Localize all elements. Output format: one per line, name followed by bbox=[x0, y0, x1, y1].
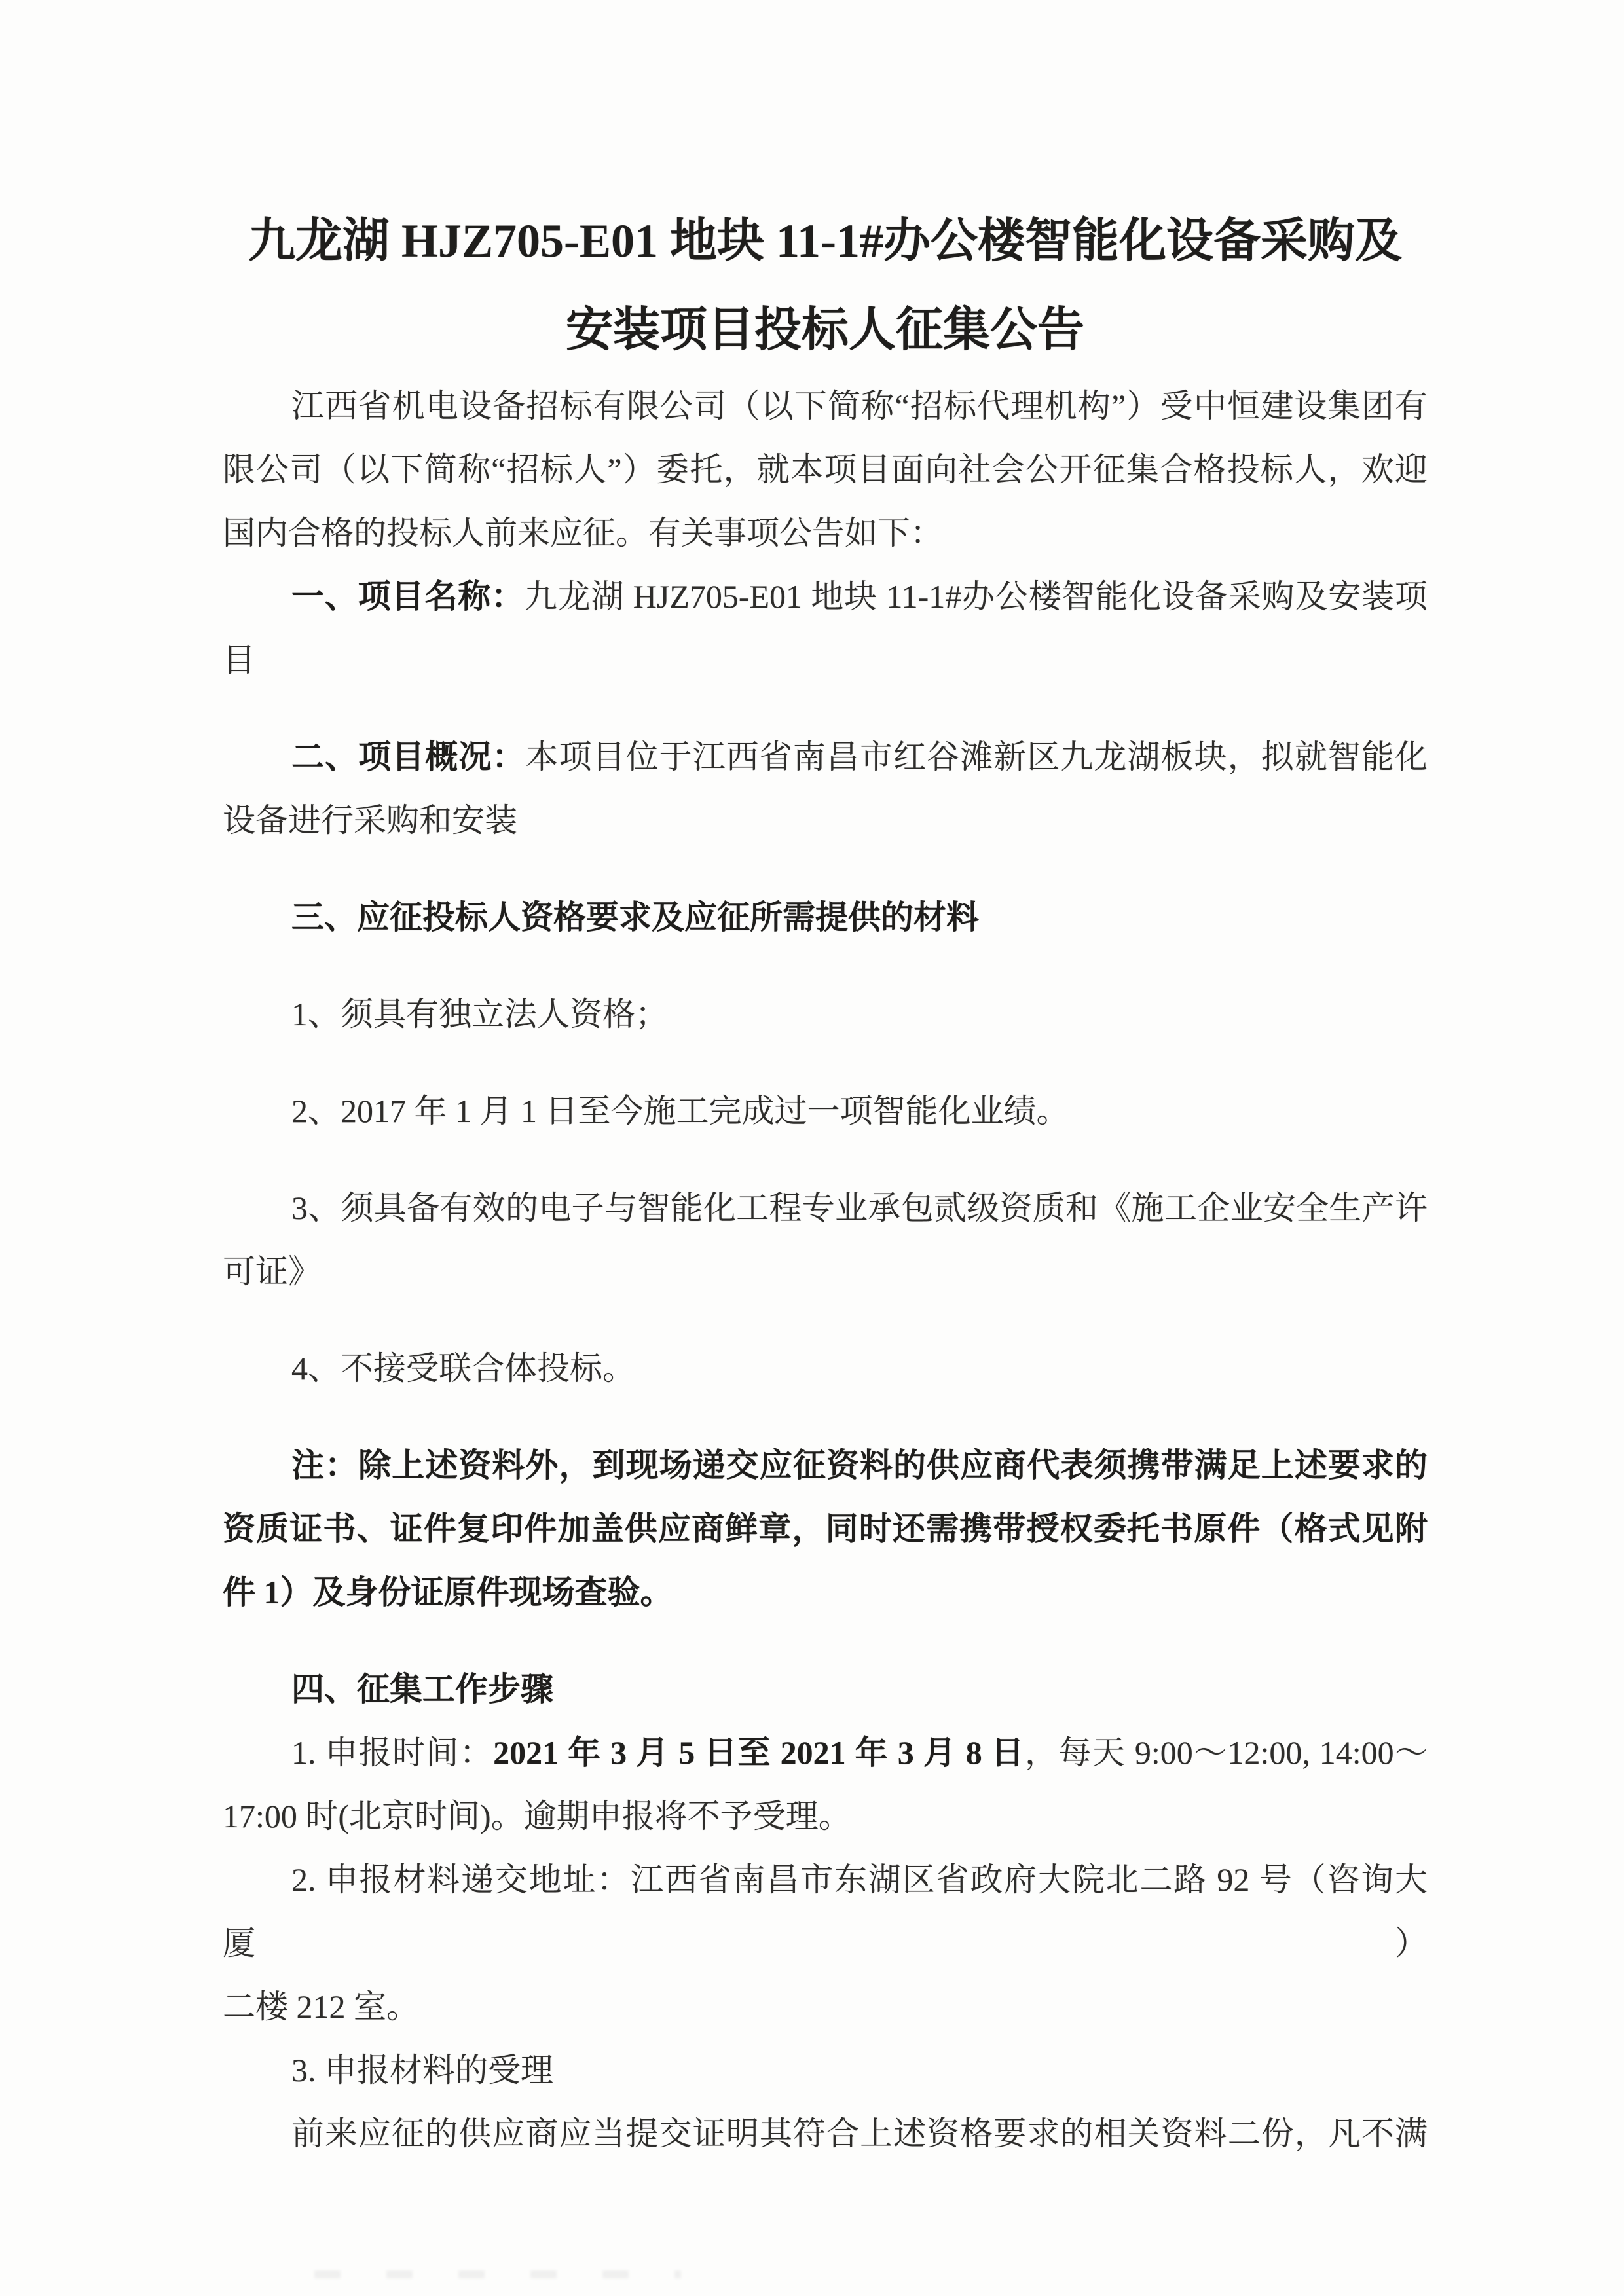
text-run: 一、项目名称： bbox=[291, 578, 525, 615]
text-run: 资质证书、证件复印件加盖供应商鲜章，同时还需携带授权委托书原件（格式见附 bbox=[223, 1510, 1428, 1547]
note-paragraph-line-2: 资质证书、证件复印件加盖供应商鲜章，同时还需携带授权委托书原件（格式见附 bbox=[223, 1497, 1428, 1561]
text-run: 4、不接受联合体投标。 bbox=[291, 1350, 635, 1387]
text-run: 设备进行采购和安装 bbox=[223, 802, 517, 839]
step-2-submission-address-line-2: 二楼 212 室。 bbox=[223, 1975, 1428, 2039]
step-1-application-time: 1. 申报时间：2021 年 3 月 5 日至 2021 年 3 月 8 日，每… bbox=[223, 1721, 1428, 1848]
step-3-acceptance-body-line-1: 前来应征的供应商应当提交证明其符合上述资格要求的相关资料二份，凡不满 bbox=[223, 2102, 1428, 2166]
section-1-project-name-line-2: 目 bbox=[223, 629, 1428, 692]
text-run: 九龙湖 HJZ705-E01 地块 11-1#办公楼智能化设备采购及安装项 bbox=[525, 578, 1428, 615]
qualification-item-1: 1、须具有独立法人资格； bbox=[223, 983, 1428, 1046]
step-3-acceptance-heading: 3. 申报材料的受理 bbox=[223, 2039, 1428, 2102]
document-title-line-2: 安装项目投标人征集公告 bbox=[223, 285, 1428, 374]
intro-paragraph: 江西省机电设备招标有限公司（以下简称“招标代理机构”）受中恒建设集团有限公司（以… bbox=[223, 374, 1428, 565]
text-run: 九龙湖 HJZ705-E01 地块 11-1#办公楼智能化设备采购及 bbox=[248, 215, 1402, 267]
scan-artifact bbox=[314, 2270, 681, 2278]
step-2-submission-address: 2. 申报材料递交地址：江西省南昌市东湖区省政府大院北二路 92 号（咨询大厦）… bbox=[223, 1848, 1428, 2039]
qualification-item-3-line-1: 3、须具备有效的电子与智能化工程专业承包贰级资质和《施工企业安全生产许 bbox=[223, 1176, 1428, 1240]
text-run: 可证》 bbox=[223, 1253, 321, 1290]
text-run: 2021 年 3 月 5 日至 2021 年 3 月 8 日 bbox=[493, 1734, 1025, 1771]
section-2-project-overview-line-1: 二、项目概况：本项目位于江西省南昌市红谷滩新区九龙湖板块，拟就智能化 bbox=[223, 725, 1428, 789]
document-page: 九龙湖 HJZ705-E01 地块 11-1#办公楼智能化设备采购及安装项目投标… bbox=[0, 0, 1624, 2296]
document-title: 九龙湖 HJZ705-E01 地块 11-1#办公楼智能化设备采购及安装项目投标… bbox=[223, 196, 1428, 374]
qualification-item-2-line-1: 2、2017 年 1 月 1 日至今施工完成过一项智能化业绩。 bbox=[223, 1080, 1428, 1143]
document-title-line-1: 九龙湖 HJZ705-E01 地块 11-1#办公楼智能化设备采购及 bbox=[223, 196, 1428, 285]
text-run: 2、2017 年 1 月 1 日至今施工完成过一项智能化业绩。 bbox=[291, 1093, 1069, 1129]
text-run: 前来应征的供应商应当提交证明其符合上述资格要求的相关资料二份，凡不满 bbox=[291, 2115, 1428, 2152]
text-run: 目 bbox=[223, 642, 255, 678]
text-run: 17:00 时(北京时间)。逾期申报将不予受理。 bbox=[223, 1798, 851, 1834]
step-1-application-time-line-1: 1. 申报时间：2021 年 3 月 5 日至 2021 年 3 月 8 日，每… bbox=[223, 1721, 1428, 1785]
text-run: 1. 申报时间： bbox=[291, 1734, 493, 1771]
intro-paragraph-line-2: 限公司（以下简称“招标人”）委托，就本项目面向社会公开征集合格投标人，欢迎 bbox=[223, 438, 1428, 501]
note-paragraph-line-3: 件 1）及身份证原件现场查验。 bbox=[223, 1561, 1428, 1624]
text-run: 件 1）及身份证原件现场查验。 bbox=[223, 1574, 673, 1611]
qualification-item-1-line-1: 1、须具有独立法人资格； bbox=[223, 983, 1428, 1046]
note-paragraph: 注：除上述资料外，到现场递交应征资料的供应商代表须携带满足上述要求的资质证书、证… bbox=[223, 1434, 1428, 1624]
section-4-steps-heading: 四、征集工作步骤 bbox=[223, 1658, 1428, 1721]
section-4-steps-heading-line-1: 四、征集工作步骤 bbox=[223, 1658, 1428, 1721]
text-run: 安装项目投标人征集公告 bbox=[566, 304, 1084, 356]
qualification-item-2: 2、2017 年 1 月 1 日至今施工完成过一项智能化业绩。 bbox=[223, 1080, 1428, 1143]
step-2-submission-address-line-1: 2. 申报材料递交地址：江西省南昌市东湖区省政府大院北二路 92 号（咨询大厦） bbox=[223, 1848, 1428, 1975]
step-3-acceptance-body: 前来应征的供应商应当提交证明其符合上述资格要求的相关资料二份，凡不满 bbox=[223, 2102, 1428, 2166]
section-1-project-name-line-1: 一、项目名称：九龙湖 HJZ705-E01 地块 11-1#办公楼智能化设备采购… bbox=[223, 565, 1428, 629]
step-1-application-time-line-2: 17:00 时(北京时间)。逾期申报将不予受理。 bbox=[223, 1785, 1428, 1848]
text-run: 注：除上述资料外，到现场递交应征资料的供应商代表须携带满足上述要求的 bbox=[291, 1447, 1428, 1484]
text-run: 二、项目概况： bbox=[291, 738, 525, 775]
text-run: 2. 申报材料递交地址：江西省南昌市东湖区省政府大院北二路 92 号（咨询大厦） bbox=[223, 1861, 1428, 1961]
section-2-project-overview-line-2: 设备进行采购和安装 bbox=[223, 789, 1428, 852]
step-3-acceptance-heading-line-1: 3. 申报材料的受理 bbox=[223, 2039, 1428, 2102]
text-run: 三、应征投标人资格要求及应征所需提供的材料 bbox=[291, 899, 979, 936]
text-run: 本项目位于江西省南昌市红谷滩新区九龙湖板块，拟就智能化 bbox=[525, 738, 1428, 775]
qualification-item-4-line-1: 4、不接受联合体投标。 bbox=[223, 1337, 1428, 1400]
text-run: 四、征集工作步骤 bbox=[291, 1671, 553, 1707]
text-run: 3. 申报材料的受理 bbox=[291, 2052, 553, 2088]
text-run: 限公司（以下简称“招标人”）委托，就本项目面向社会公开征集合格投标人，欢迎 bbox=[223, 451, 1428, 488]
text-run: 二楼 212 室。 bbox=[223, 1988, 419, 2025]
text-run: 3、须具备有效的电子与智能化工程专业承包贰级资质和《施工企业安全生产许 bbox=[291, 1190, 1428, 1226]
intro-paragraph-line-1: 江西省机电设备招标有限公司（以下简称“招标代理机构”）受中恒建设集团有 bbox=[223, 374, 1428, 438]
text-run: 江西省机电设备招标有限公司（以下简称“招标代理机构”）受中恒建设集团有 bbox=[291, 388, 1428, 424]
qualification-item-3: 3、须具备有效的电子与智能化工程专业承包贰级资质和《施工企业安全生产许可证》 bbox=[223, 1176, 1428, 1303]
section-2-project-overview: 二、项目概况：本项目位于江西省南昌市红谷滩新区九龙湖板块，拟就智能化设备进行采购… bbox=[223, 725, 1428, 852]
section-3-qualification-heading: 三、应征投标人资格要求及应征所需提供的材料 bbox=[223, 886, 1428, 949]
document-content: 九龙湖 HJZ705-E01 地块 11-1#办公楼智能化设备采购及安装项目投标… bbox=[223, 196, 1428, 2166]
text-run: 国内合格的投标人前来应征。有关事项公告如下： bbox=[223, 515, 943, 551]
qualification-item-3-line-2: 可证》 bbox=[223, 1240, 1428, 1303]
section-3-qualification-heading-line-1: 三、应征投标人资格要求及应征所需提供的材料 bbox=[223, 886, 1428, 949]
text-run: 1、须具有独立法人资格； bbox=[291, 996, 668, 1032]
section-1-project-name: 一、项目名称：九龙湖 HJZ705-E01 地块 11-1#办公楼智能化设备采购… bbox=[223, 565, 1428, 692]
intro-paragraph-line-3: 国内合格的投标人前来应征。有关事项公告如下： bbox=[223, 501, 1428, 565]
text-run: ，每天 9:00～12:00, 14:00～ bbox=[1025, 1734, 1428, 1771]
qualification-item-4: 4、不接受联合体投标。 bbox=[223, 1337, 1428, 1400]
note-paragraph-line-1: 注：除上述资料外，到现场递交应征资料的供应商代表须携带满足上述要求的 bbox=[223, 1434, 1428, 1497]
